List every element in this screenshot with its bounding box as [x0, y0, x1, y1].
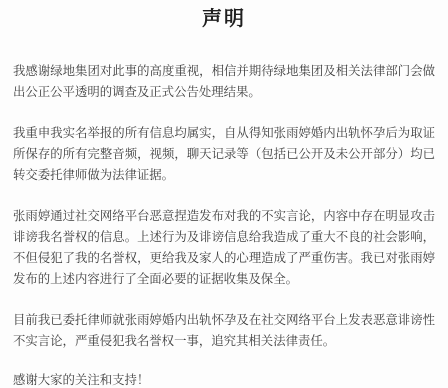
statement-document: 声明 我感谢绿地集团对此事的高度重视，相信并期待绿地集团及相关法律部门会做出公正…	[0, 0, 448, 388]
statement-paragraph-3: 张雨婷通过社交网络平台恶意捏造发布对我的不实言论，内容中存在明显攻击诽谤我名誉权…	[13, 206, 435, 290]
statement-paragraph-5: 感谢大家的关注和支持！	[13, 370, 435, 388]
statement-body: 我感谢绿地集团对此事的高度重视，相信并期待绿地集团及相关法律部门会做出公正公平透…	[0, 61, 448, 388]
statement-paragraph-4: 目前我已委托律师就张雨婷婚内出轨怀孕及在社交网络平台上发表恶意诽谤性不实言论，严…	[13, 310, 435, 352]
statement-title: 声明	[0, 0, 448, 31]
statement-paragraph-2: 我重申我实名举报的所有信息均属实，自从得知张雨婷婚内出轨怀孕后为取证所保存的所有…	[13, 123, 435, 186]
statement-paragraph-1: 我感谢绿地集团对此事的高度重视，相信并期待绿地集团及相关法律部门会做出公正公平透…	[13, 61, 435, 103]
